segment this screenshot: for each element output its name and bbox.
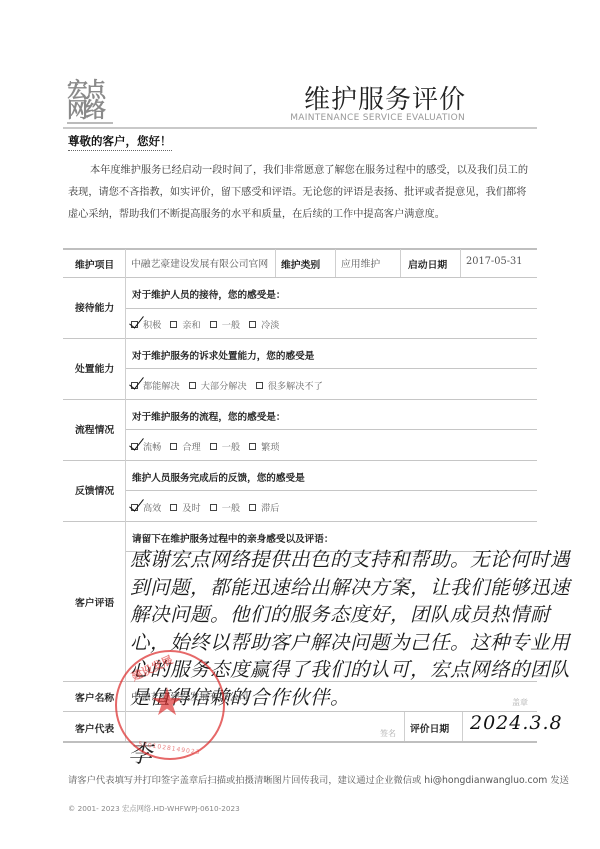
option-label: 积极 [143, 317, 161, 331]
checkbox-process-reasonable[interactable] [170, 443, 177, 450]
column-divider [125, 249, 126, 741]
column-divider [335, 249, 336, 277]
options-feedback: 高效 及时 一般 滞后 [131, 500, 286, 514]
logo-line-2: 网络 [67, 100, 103, 121]
section-label-process: 流程情况 [75, 422, 114, 436]
comment-label: 客户评语 [75, 595, 114, 609]
checkbox-process-average[interactable] [210, 443, 217, 450]
column-divider [460, 249, 461, 277]
project-label: 维护项目 [75, 257, 114, 271]
checkbox-reception-cold[interactable] [249, 321, 256, 328]
question-feedback: 维护人员服务完成后的反馈，您的感受是 [132, 470, 305, 484]
column-divider [462, 712, 463, 741]
type-value: 应用维护 [341, 256, 380, 270]
option-label: 亲和 [182, 317, 200, 331]
seal-star-icon: ★ [150, 683, 184, 721]
option-label: 冷淡 [261, 317, 279, 331]
checkbox-feedback-average[interactable] [210, 504, 217, 511]
option-label: 合理 [182, 439, 200, 453]
type-label: 维护类别 [281, 257, 320, 271]
eval-date-label: 评价日期 [410, 721, 449, 735]
checkbox-process-smooth[interactable] [131, 443, 138, 450]
option-label: 及时 [182, 500, 200, 514]
row-divider [63, 460, 537, 461]
checkbox-process-tedious[interactable] [249, 443, 256, 450]
start-date-value: 2017-05-31 [466, 256, 523, 267]
start-date-label: 启动日期 [408, 257, 447, 271]
options-handling: 都能解决 大部分解决 很多解决不了 [131, 378, 329, 392]
option-label: 繁琐 [261, 439, 279, 453]
return-instructions: 请客户代表填写并打印签字盖章后扫描或拍摄清晰图片回传我司，建议通过企业微信或 h… [68, 772, 569, 786]
header-divider [63, 127, 537, 129]
row-subdivider [125, 308, 537, 309]
column-divider [400, 249, 401, 277]
row-subdivider [125, 490, 537, 491]
option-label: 一般 [222, 439, 240, 453]
logo-tagline-bar [67, 122, 113, 124]
checkbox-handling-all-solved[interactable] [131, 382, 138, 389]
checkbox-handling-many-unsolved[interactable] [256, 382, 263, 389]
comment-prompt: 请留下在维护服务过程中的亲身感受以及评语： [132, 531, 333, 545]
checkbox-feedback-timely[interactable] [170, 504, 177, 511]
question-reception: 对于维护人员的接待，您的感受是： [132, 287, 286, 301]
checkbox-reception-average[interactable] [210, 321, 217, 328]
option-label: 很多解决不了 [268, 378, 323, 392]
page-subtitle: MAINTENANCE SERVICE EVALUATION [290, 113, 465, 123]
customer-rep-label: 客户代表 [75, 721, 114, 735]
question-handling: 对于维护服务的诉求处置能力，您的感受是 [132, 348, 314, 362]
checkbox-handling-mostly-solved[interactable] [189, 382, 196, 389]
checkbox-feedback-delayed[interactable] [249, 504, 256, 511]
option-label: 滞后 [261, 500, 279, 514]
option-label: 流畅 [143, 439, 161, 453]
checkbox-feedback-efficient[interactable] [131, 504, 138, 511]
question-process: 对于维护服务的流程，您的感受是： [132, 409, 286, 423]
option-label: 都能解决 [143, 378, 180, 392]
seal-hint: 盖章 [512, 697, 528, 708]
row-divider [63, 277, 537, 278]
options-process: 流畅 合理 一般 繁琐 [131, 439, 286, 453]
page-title: 维护服务评价 [304, 79, 466, 116]
row-divider [63, 338, 537, 339]
row-subdivider [125, 368, 537, 369]
row-divider [63, 521, 537, 522]
option-label: 高效 [143, 500, 161, 514]
project-value: 中融艺豪建设发展有限公司官网 [131, 256, 268, 270]
greeting: 尊敬的客户，您好！ [68, 133, 172, 151]
table-top-border [63, 248, 537, 250]
section-label-reception: 接待能力 [75, 300, 114, 314]
checkbox-reception-positive[interactable] [131, 321, 138, 328]
row-subdivider [125, 429, 537, 430]
company-logo: 宏点 网络 [67, 80, 115, 124]
copyright: © 2001- 2023 宏点网络.HD-WHFWPJ-0610-2023 [68, 804, 240, 814]
checkbox-reception-friendly[interactable] [170, 321, 177, 328]
section-label-handling: 处置能力 [75, 361, 114, 375]
option-label: 一般 [222, 500, 240, 514]
eval-date-value[interactable]: 2024.3.8 [470, 712, 563, 734]
option-label: 大部分解决 [201, 378, 247, 392]
intro-paragraph: 本年度维护服务已经启动一段时间了，我们非常愿意了解您在服务过程中的感受，以及我们… [68, 160, 536, 226]
column-divider [404, 712, 405, 741]
sign-hint: 签名 [380, 728, 396, 739]
customer-name-label: 客户名称 [75, 690, 114, 704]
options-reception: 积极 亲和 一般 冷淡 [131, 317, 286, 331]
option-label: 一般 [222, 317, 240, 331]
row-divider [63, 399, 537, 400]
section-label-feedback: 反馈情况 [75, 483, 114, 497]
column-divider [275, 249, 276, 277]
